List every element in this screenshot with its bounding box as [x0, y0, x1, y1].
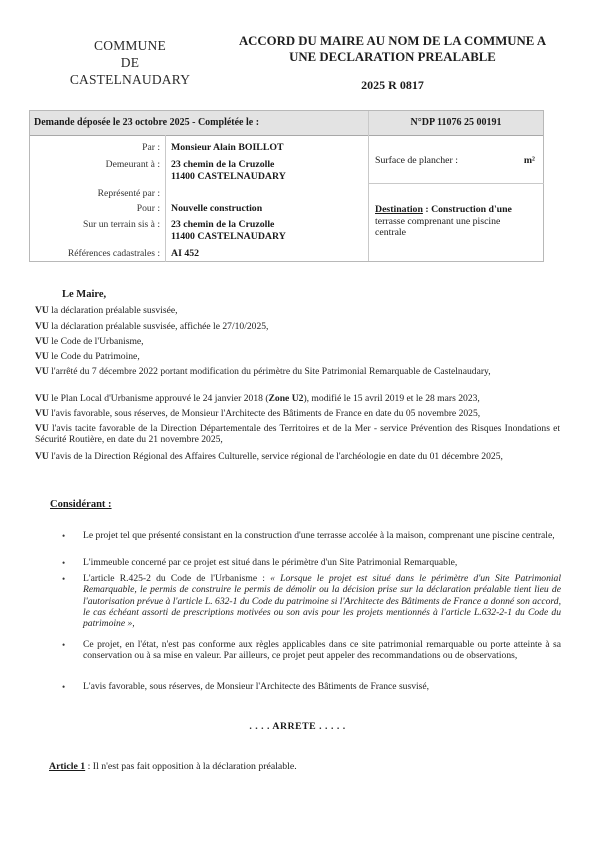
commune-block: COMMUNE DE CASTELNAUDARY — [60, 37, 200, 88]
vu-item: VU l'avis de la Direction Régional des A… — [35, 451, 560, 462]
address-line: 11400 CASTELNAUDARY — [171, 171, 286, 183]
label-par: Par : — [30, 142, 160, 153]
divider — [368, 183, 544, 184]
considerant-item: L'immeuble concerné par ce projet est si… — [83, 557, 561, 568]
vu-item: VU l'avis favorable, sous réserves, de M… — [35, 408, 560, 419]
bullet-icon: • — [62, 558, 65, 568]
submission-date: Demande déposée le 23 octobre 2025 - Com… — [34, 117, 259, 128]
bullet-icon: • — [62, 531, 65, 541]
vu-item: VU l'arrêté du 7 décembre 2022 portant m… — [35, 366, 560, 377]
bullet-icon: • — [62, 574, 65, 584]
label-represente: Représenté par : — [30, 188, 160, 199]
commune-line: DE — [60, 54, 200, 71]
bullet-icon: • — [62, 640, 65, 650]
destination-field: Destination : Construction d'une terrass… — [375, 204, 540, 239]
article-1: Article 1 : Il n'est pas fait opposition… — [49, 761, 297, 772]
land-address: 23 chemin de la Cruzolle 11400 CASTELNAU… — [171, 219, 286, 242]
title-line: UNE DECLARATION PREALABLE — [215, 49, 570, 65]
dossier-number: N°DP 11076 25 00191 — [368, 117, 544, 128]
address-line: 23 chemin de la Cruzolle — [171, 219, 286, 231]
vu-item: VU le Code de l'Urbanisme, — [35, 336, 560, 347]
destination-text: centrale — [375, 227, 406, 238]
vu-item: VU la déclaration préalable susvisée, af… — [35, 321, 560, 332]
document-title: ACCORD DU MAIRE AU NOM DE LA COMMUNE A U… — [215, 33, 570, 65]
cadastral-reference: AI 452 — [171, 248, 199, 260]
vu-item: VU l'avis tacite favorable de la Directi… — [35, 423, 560, 446]
document-reference: 2025 R 0817 — [215, 78, 570, 93]
address-line: 11400 CASTELNAUDARY — [171, 231, 286, 243]
bullet-icon: • — [62, 682, 65, 692]
destination-label: Destination — [375, 204, 423, 215]
destination-text: terrasse comprenant une piscine — [375, 216, 500, 227]
label-pour: Pour : — [30, 203, 160, 214]
commune-line: CASTELNAUDARY — [60, 71, 200, 88]
project-type: Nouvelle construction — [171, 203, 262, 215]
label-terrain: Sur un terrain sis à : — [30, 219, 160, 230]
label-cadastre: Références cadastrales : — [30, 248, 160, 259]
label-demeurant: Demeurant à : — [30, 159, 160, 170]
applicant-name: Monsieur Alain BOILLOT — [171, 142, 284, 154]
vu-item: VU la déclaration préalable susvisée, — [35, 305, 560, 316]
info-table: Demande déposée le 23 octobre 2025 - Com… — [29, 110, 544, 262]
maire-heading: Le Maire, — [62, 289, 106, 300]
surface-label: Surface de plancher : — [375, 155, 458, 166]
considerant-item: Le projet tel que présenté consistant en… — [83, 530, 561, 541]
article-text: : Il n'est pas fait opposition à la décl… — [85, 761, 297, 772]
divider — [165, 135, 166, 262]
arrete-heading: . . . . ARRETE . . . . . — [0, 721, 595, 732]
considerant-heading: Considérant : — [50, 499, 112, 510]
article-label: Article 1 — [49, 761, 85, 772]
title-line: ACCORD DU MAIRE AU NOM DE LA COMMUNE A — [215, 33, 570, 49]
surface-field: Surface de plancher : m² — [375, 155, 535, 167]
address-line: 23 chemin de la Cruzolle — [171, 159, 286, 171]
vu-item: VU le Plan Local d'Urbanisme approuvé le… — [35, 393, 560, 404]
destination-text: : Construction d'une — [423, 204, 512, 215]
commune-line: COMMUNE — [60, 37, 200, 54]
considerant-item: L'avis favorable, sous réserves, de Mons… — [83, 681, 561, 692]
applicant-address: 23 chemin de la Cruzolle 11400 CASTELNAU… — [171, 159, 286, 182]
considerant-item: Ce projet, en l'état, n'est pas conforme… — [83, 639, 561, 662]
surface-unit: m² — [524, 155, 535, 167]
divider — [368, 111, 369, 261]
vu-item: VU le Code du Patrimoine, — [35, 351, 560, 362]
considerant-item: L'article R.425-2 du Code de l'Urbanisme… — [83, 573, 561, 629]
